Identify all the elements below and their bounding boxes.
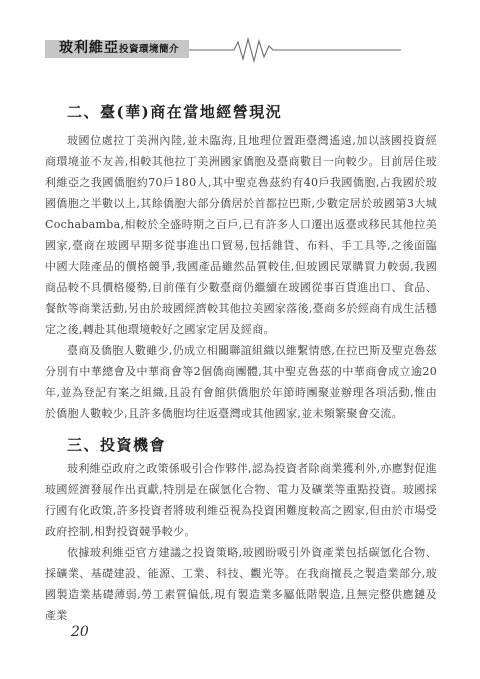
section-body-investment-opportunity: 玻利維亞政府之政策係吸引合作夥伴,認為投資者除商業獲利外,亦應對促進玻國經濟發展… xyxy=(45,458,437,626)
paragraph: 依據玻利維亞官方建議之投資策略,玻國盼吸引外資產業包括碳氫化合物、採礦業、基礎建… xyxy=(45,542,437,626)
page-header: 玻利維亞投資環境簡介 xyxy=(45,40,436,58)
header-title-main: 玻利維亞 xyxy=(59,41,119,54)
paragraph: 臺商及僑胞人數雖少,仍成立相關聯誼組織以維繫情感,在拉巴斯及聖克魯茲分別有中華總… xyxy=(45,340,437,424)
document-page: 玻利維亞投資環境簡介 二、臺(華)商在當地經營現況 玻國位處拉丁美洲內陸,並未臨… xyxy=(0,0,480,679)
paragraph: 玻利維亞政府之政策係吸引合作夥伴,認為投資者除商業獲利外,亦應對促進玻國經濟發展… xyxy=(45,458,437,542)
section-heading-investment-opportunity: 三、投資機會 xyxy=(67,434,166,455)
header-title: 玻利維亞投資環境簡介 xyxy=(45,40,189,58)
page-number: 20 xyxy=(71,624,89,640)
section-heading-taiwan-business: 二、臺(華)商在當地經營現況 xyxy=(67,101,282,122)
section-body-taiwan-business: 玻國位處拉丁美洲內陸,並未臨海,且地理位置距臺灣遙遠,加以該國投資經商環境並不友… xyxy=(45,130,437,424)
paragraph: 玻國位處拉丁美洲內陸,並未臨海,且地理位置距臺灣遙遠,加以該國投資經商環境並不友… xyxy=(45,130,437,340)
header-title-sub: 投資環境簡介 xyxy=(119,43,179,56)
heartbeat-pulse-icon xyxy=(189,37,402,63)
